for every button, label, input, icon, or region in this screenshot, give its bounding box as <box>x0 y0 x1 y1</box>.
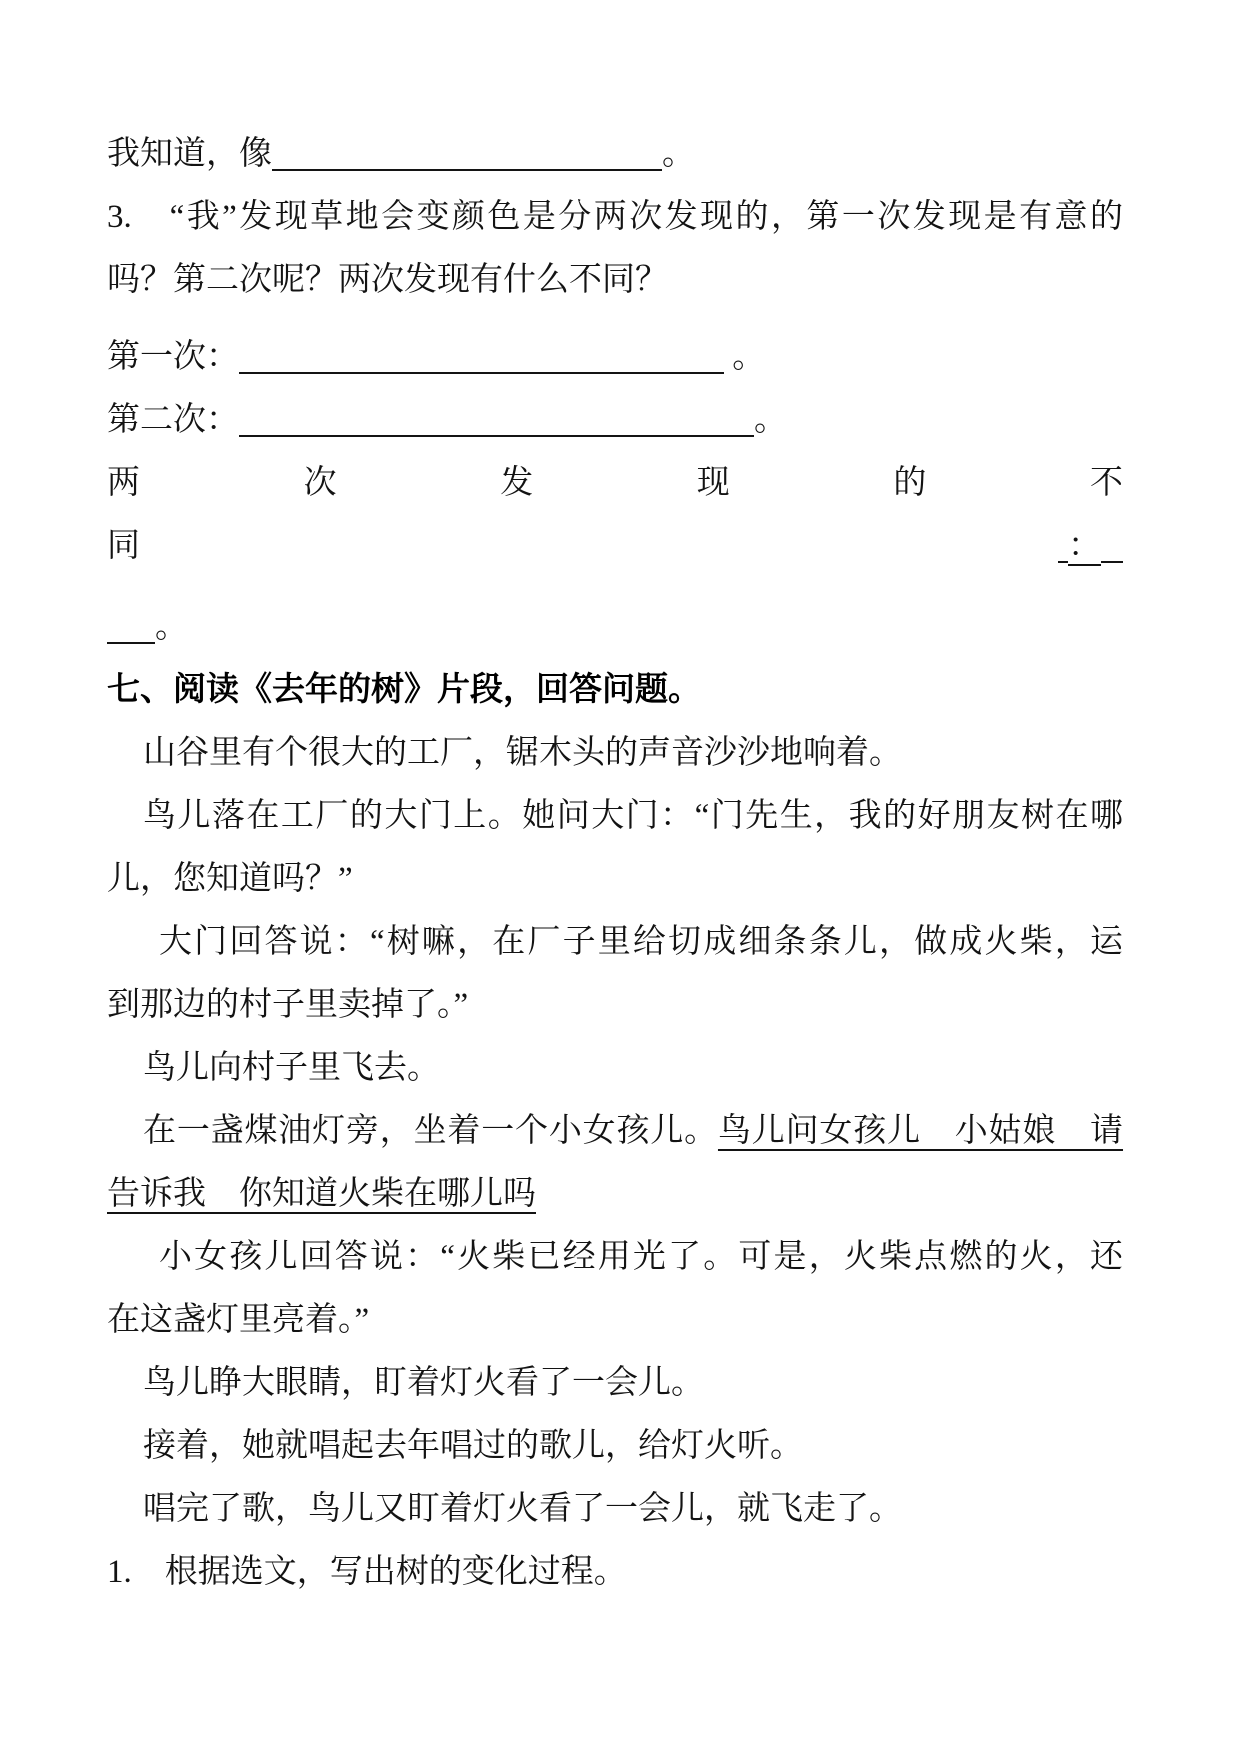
answer-blank[interactable] <box>239 435 754 437</box>
text-segment: 。 <box>662 136 695 172</box>
underlined-text-segment: ： <box>1068 528 1101 564</box>
text-segment: 我知道，像 <box>107 136 272 172</box>
section-7-heading: 七、阅读《去年的树》片段，回答问题。 <box>107 659 1123 722</box>
text-segment: 。 <box>724 339 765 375</box>
document-content: 我知道，像。3. “我”发现草地会变颜色是分两次发现的，第一次发现是有意的吗？第… <box>0 0 1241 1604</box>
answer-spread-tong: 同： <box>107 515 1123 578</box>
text-segment: 在一盏煤油灯旁，坐着一个小女孩儿。 <box>143 1113 718 1149</box>
text-segment: 鸟儿向村子里飞去。 <box>143 1050 440 1086</box>
text-segment: 接着，她就唱起去年唱过的歌儿，给灯火听。 <box>143 1428 803 1464</box>
answer-blank[interactable] <box>107 642 155 644</box>
text-segment: 吗？第二次呢？两次发现有什么不同？ <box>107 262 668 298</box>
passage-para-5a: 在一盏煤油灯旁，坐着一个小女孩儿。鸟儿问女孩儿 小姑娘 请 <box>107 1100 1123 1163</box>
underlined-text-segment: 鸟儿问女孩儿 小姑娘 请 <box>718 1113 1123 1149</box>
answer-spread-liangci: 两次发现的不 <box>107 452 1123 515</box>
text-segment: 小女孩儿回答说：“火柴已经用光了。可是，火柴点燃的火，还 <box>159 1239 1123 1275</box>
text-segment: 七、阅读《去年的树》片段，回答问题。 <box>107 672 701 708</box>
text-segment: 山谷里有个很大的工厂，锯木头的声音沙沙地响着。 <box>143 735 902 771</box>
text-segment: 3. “我”发现草地会变颜色是分两次发现的，第一次发现是有意的 <box>107 199 1123 235</box>
text-segment: 1. 根据选文，写出树的变化过程。 <box>107 1554 627 1590</box>
text-segment: 在这盏灯里亮着。” <box>107 1302 369 1338</box>
passage-para-8: 接着，她就唱起去年唱过的歌儿，给灯火听。 <box>107 1415 1123 1478</box>
question-3-text-a: 3. “我”发现草地会变颜色是分两次发现的，第一次发现是有意的 <box>107 186 1123 249</box>
text-segment: 第二次： <box>107 402 239 438</box>
passage-para-6b: 在这盏灯里亮着。” <box>107 1289 1123 1352</box>
spread-char: 次 <box>304 452 337 515</box>
answer-blank[interactable] <box>1058 561 1068 563</box>
spread-char: 现 <box>697 452 730 515</box>
spread-char: 的 <box>893 452 926 515</box>
passage-para-3a: 大门回答说：“树嘛，在厂子里给切成细条条儿，做成火柴，运 <box>107 911 1123 974</box>
text-segment: 鸟儿落在工厂的大门上。她问大门：“门先生，我的好朋友树在哪 <box>143 798 1123 834</box>
text-segment: 。 <box>155 609 188 645</box>
text-segment: 第一次： <box>107 339 239 375</box>
spread-char: 发 <box>500 452 533 515</box>
passage-para-2b: 儿，您知道吗？” <box>107 848 1123 911</box>
split-right: ： <box>1058 515 1123 578</box>
passage-para-4: 鸟儿向村子里飞去。 <box>107 1037 1123 1100</box>
text-segment: 到那边的村子里卖掉了。” <box>107 987 468 1023</box>
question-1-text: 1. 根据选文，写出树的变化过程。 <box>107 1541 1123 1604</box>
answer-blank[interactable] <box>239 372 724 374</box>
worksheet-page: 我知道，像。3. “我”发现草地会变颜色是分两次发现的，第一次发现是有意的吗？第… <box>0 0 1241 1754</box>
passage-para-2a: 鸟儿落在工厂的大门上。她问大门：“门先生，我的好朋友树在哪 <box>107 785 1123 848</box>
text-segment: 。 <box>754 402 787 438</box>
passage-para-7: 鸟儿睁大眼睛，盯着灯火看了一会儿。 <box>107 1352 1123 1415</box>
passage-para-6a: 小女孩儿回答说：“火柴已经用光了。可是，火柴点燃的火，还 <box>107 1226 1123 1289</box>
answer-blank-second-time: 第二次：。 <box>107 389 1123 452</box>
passage-para-3b: 到那边的村子里卖掉了。” <box>107 974 1123 1037</box>
answer-blank-tail: 。 <box>107 596 1123 659</box>
text-segment: 儿，您知道吗？” <box>107 861 353 897</box>
passage-para-5b: 告诉我 你知道火柴在哪儿吗 <box>107 1163 1123 1226</box>
answer-blank[interactable] <box>272 169 662 171</box>
text-segment: 大门回答说：“树嘛，在厂子里给切成细条条儿，做成火柴，运 <box>159 924 1123 960</box>
fill-blank-wo-zhidao: 我知道，像。 <box>107 123 1123 186</box>
text-segment: 同 <box>107 528 140 564</box>
text-segment: 唱完了歌，鸟儿又盯着灯火看了一会儿，就飞走了。 <box>143 1491 902 1527</box>
text-segment: 鸟儿睁大眼睛，盯着灯火看了一会儿。 <box>143 1365 704 1401</box>
answer-blank[interactable] <box>1101 561 1123 563</box>
passage-para-1: 山谷里有个很大的工厂，锯木头的声音沙沙地响着。 <box>107 722 1123 785</box>
split-left: 同 <box>107 515 140 578</box>
question-3-text-b: 吗？第二次呢？两次发现有什么不同？ <box>107 249 1123 312</box>
spread-char: 不 <box>1090 452 1123 515</box>
underlined-text-segment: 告诉我 你知道火柴在哪儿吗 <box>107 1176 536 1212</box>
passage-para-9: 唱完了歌，鸟儿又盯着灯火看了一会儿，就飞走了。 <box>107 1478 1123 1541</box>
answer-blank-first-time: 第一次： 。 <box>107 326 1123 389</box>
spread-char: 两 <box>107 452 140 515</box>
